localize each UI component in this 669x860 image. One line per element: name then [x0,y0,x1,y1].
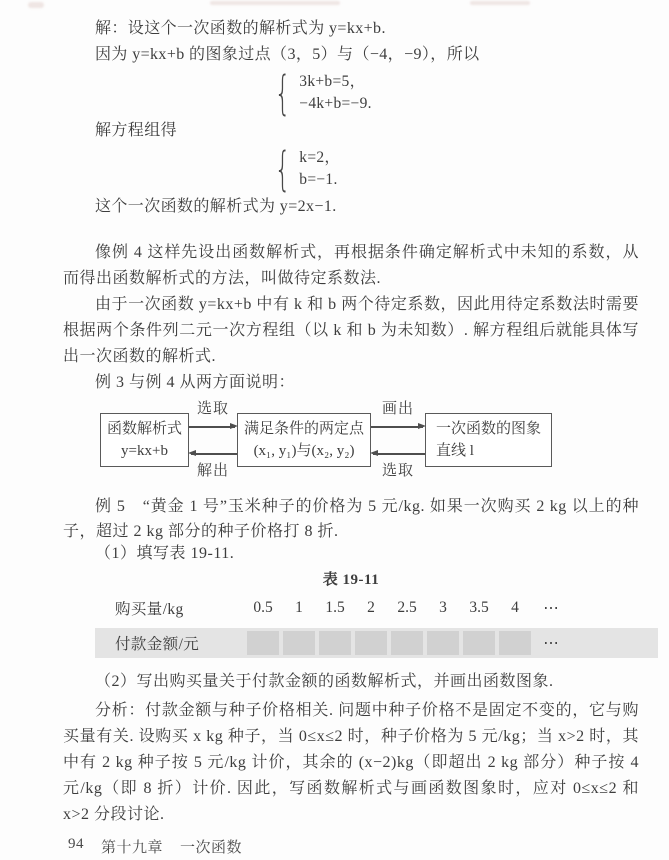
connector1-bottom-label: 解出 [189,462,237,480]
blank-cell [281,631,317,655]
flowchart-box-points: 满足条件的两定点 (x₁, y₁)与(x₂, y₂) [237,413,371,467]
table-cell: 2 [353,599,389,617]
example5-text: 例 5 “黄金 1 号”玉米种子的价格为 5 元/kg. 如果一次购买 2 kg… [63,494,639,544]
solution-line-because: 因为 y=kx+b 的图象过点（3，5）与（−4，−9），所以 [63,42,639,68]
paragraph-two-conditions: 由于一次函数 y=kx+b 中有 k 和 b 两个待定系数，因此用待定系数法时需… [63,292,639,370]
flowchart-connector-2: 画出 选取 [371,400,425,480]
left-arrow-icon [189,450,237,457]
equation-system-1: { 3k+b=5， −4k+b=−9. [268,68,639,118]
connector1-top-label: 选取 [189,400,237,418]
explanation-paragraphs: 像例 4 这样先设出函数解析式，再根据条件确定解析式中未知的系数，从而得出函数解… [63,240,639,396]
table-row-pay: 付款金额/元 ⋯ [95,628,658,658]
buy-row-label: 购买量/kg [95,597,245,619]
blank-cell [317,631,353,655]
table-row-buy: 购买量/kg 0.5 1 1.5 2 2.5 3 3.5 4 ⋯ [95,594,658,622]
solution-block: 解：设这个一次函数的解析式为 y=kx+b. 因为 y=kx+b 的图象过点（3… [63,16,639,220]
blank-cell [425,631,461,655]
blank-cell-shade [283,631,315,655]
equation-1a: 3k+b=5， [299,71,372,93]
example5-item1: （1）填写表 19-11. [63,542,639,566]
example5-intro: 例 5 “黄金 1 号”玉米种子的价格为 5 元/kg. 如果一次购买 2 kg… [63,494,639,544]
equation-1b: −4k+b=−9. [299,93,372,115]
connector2-top-label: 画出 [371,400,425,418]
connector2-bottom-label: 选取 [371,462,425,480]
flowchart-box-points-line1: 满足条件的两定点 [244,418,364,440]
flowchart-box-expression-line1: 函数解析式 [107,418,182,440]
blank-cell-shade [463,631,495,655]
scan-smudge [210,1,340,5]
table-caption: 表 19-11 [63,568,639,589]
equation-system-2: { k=2， b=−1. [268,144,639,194]
chapter-title: 第十九章 [101,836,163,857]
flowchart-box-graph-line1: 一次函数的图象 [436,418,541,440]
table-cell: 3.5 [461,599,497,617]
paragraph-undetermined-coefficients: 像例 4 这样先设出函数解析式，再根据条件确定解析式中未知的系数，从而得出函数解… [63,240,639,292]
paragraph-examples-note: 例 3 与例 4 从两方面说明： [63,370,639,396]
left-arrow-icon [371,450,425,457]
textbook-page: 解：设这个一次函数的解析式为 y=kx+b. 因为 y=kx+b 的图象过点（3… [0,0,669,860]
brace-glyph: { [275,146,291,192]
flowchart-box-expression-line2: y=kx+b [107,440,182,462]
equation-2b: b=−1. [299,169,340,191]
example5-item2: （2）写出购买量关于付款金额的函数解析式，并画出函数图象. [63,670,639,694]
page-number: 94 [68,836,84,857]
blank-cell-shade [319,631,351,655]
blank-cell-shade [499,631,531,655]
solution-line-solve: 解方程组得 [63,118,639,144]
blank-cell [497,631,533,655]
table-cell: 2.5 [389,599,425,617]
blank-cell-shade [391,631,423,655]
blank-cell [353,631,389,655]
scan-smudge [470,1,530,5]
equation-2a: k=2， [299,147,340,169]
flowchart-box-expression: 函数解析式 y=kx+b [100,413,189,467]
scan-smudge [28,2,44,8]
flowchart-box-graph-line2: 直线 l [436,440,541,462]
ellipsis-cell: ⋯ [533,634,569,653]
solution-line-result: 这个一次函数的解析式为 y=2x−1. [63,194,639,220]
table-cell: 1 [281,599,317,617]
solution-line-set: 解：设这个一次函数的解析式为 y=kx+b. [63,16,639,42]
flowchart-box-graph: 一次函数的图象 直线 l [425,413,552,467]
analysis-text: 分析：付款金额与种子价格相关. 问题中种子价格不是固定不变的，它与购买量有关. … [63,698,639,828]
analysis-block: 分析：付款金额与种子价格相关. 问题中种子价格不是固定不变的，它与购买量有关. … [63,698,639,828]
blank-cell [245,631,281,655]
flowchart-connector-1: 选取 解出 [189,400,237,480]
flowchart: 函数解析式 y=kx+b 选取 解出 满足条件的两定点 (x₁, y₁)与(x₂… [100,400,580,480]
blank-cell [461,631,497,655]
blank-cell-shade [355,631,387,655]
ellipsis-cell: ⋯ [533,599,569,618]
page-footer: 94 第十九章 一次函数 [68,836,242,857]
pay-row-label: 付款金额/元 [95,632,245,654]
section-title: 一次函数 [180,836,242,857]
flowchart-box-points-line2: (x₁, y₁)与(x₂, y₂) [244,440,364,462]
table-cell: 1.5 [317,599,353,617]
brace-glyph: { [275,70,291,116]
blank-cell-shade [427,631,459,655]
table-19-11: 购买量/kg 0.5 1 1.5 2 2.5 3 3.5 4 ⋯ 付款金额/元 … [95,594,658,658]
table-cell: 3 [425,599,461,617]
right-arrow-icon [371,423,425,430]
table-cell: 0.5 [245,599,281,617]
right-arrow-icon [189,423,237,430]
table-cell: 4 [497,599,533,617]
blank-cell [389,631,425,655]
blank-cell-shade [247,631,279,655]
